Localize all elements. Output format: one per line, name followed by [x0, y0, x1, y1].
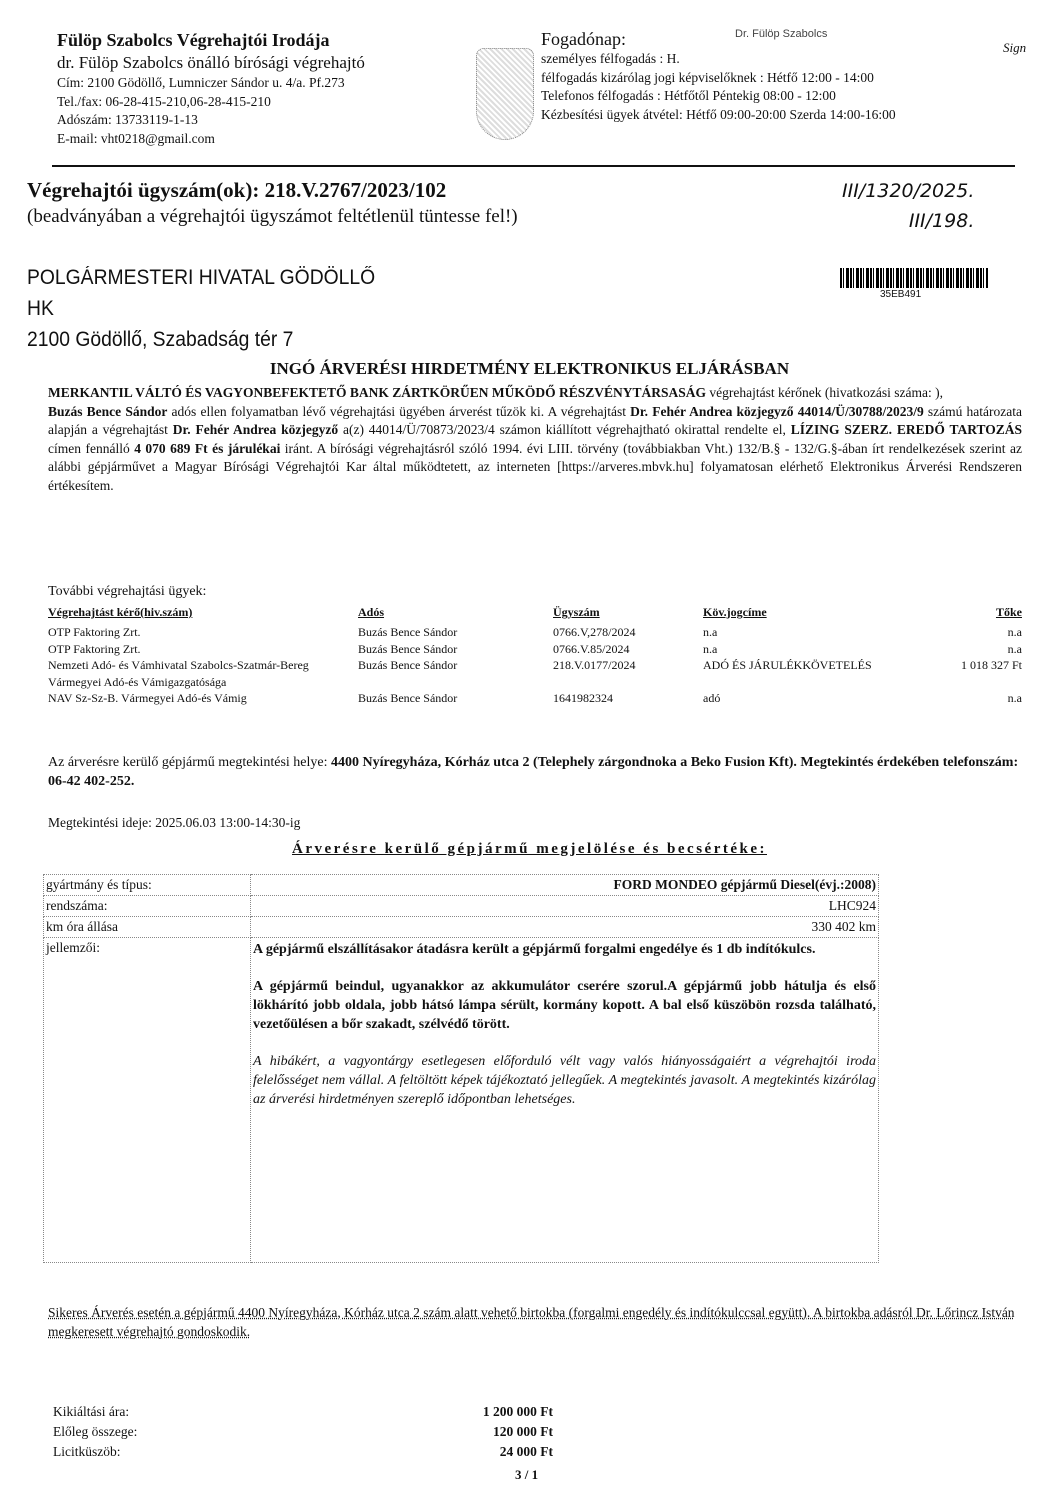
- intro-text: címen fennálló: [48, 441, 134, 456]
- recipient-name: POLGÁRMESTERI HIVATAL GÖDÖLLŐ: [27, 262, 375, 293]
- cell: 0766.V.85/2024: [553, 641, 703, 658]
- vehicle-type: gépjármű Diesel(évj.:2008): [717, 877, 876, 892]
- price-value: 1 200 000 Ft: [353, 1404, 553, 1424]
- vehicle-plate: LHC924: [251, 896, 879, 917]
- cell: n.a: [703, 641, 903, 658]
- disclaimer-text: A hibákért, a vagyontárgy esetlegesen el…: [253, 1052, 876, 1109]
- table-row: NAV Sz-Sz-B. Vármegyei Adó-és Vámig Buzá…: [48, 690, 1022, 707]
- cell: n.a: [903, 690, 1022, 707]
- coat-of-arms-icon: [476, 48, 534, 140]
- other-cases-table: Végrehajtást kérő(hiv.szám) Adós Ügyszám…: [48, 605, 1022, 707]
- office-header: Fülöp Szabolcs Végrehajtói Irodája dr. F…: [57, 28, 365, 148]
- case-notice: (beadványában a végrehajtói ügyszámot fe…: [27, 204, 518, 230]
- case-number: Végrehajtói ügyszám(ok): 218.V.2767/2023…: [27, 176, 518, 204]
- intro-text: a(z) 44014/Ü/70873/2023/4 számon kiállít…: [338, 422, 791, 437]
- table-row: OTP Faktoring Zrt. Buzás Bence Sándor 07…: [48, 641, 1022, 658]
- reception-line: személyes félfogadás : H.: [541, 50, 896, 69]
- vehicle-features: A gépjármű elszállításakor átadásra kerü…: [251, 938, 879, 1263]
- table-row: km óra állása 330 402 km: [44, 917, 879, 938]
- column-header: Tőke: [903, 605, 1022, 624]
- notary-name: Dr. Fehér Andrea közjegyző: [173, 422, 338, 437]
- reception-line: félfogadás kizárólag jogi képviselőknek …: [541, 69, 896, 88]
- office-name: Fülöp Szabolcs Végrehajtói Irodája: [57, 28, 365, 52]
- viewing-time: Megtekintési ideje: 2025.06.03 13:00-14:…: [48, 815, 300, 831]
- price-label: Kikiáltási ára:: [53, 1404, 353, 1424]
- cell: 1 018 327 Ft: [903, 657, 1022, 690]
- reception-line: Kézbesítési ügyek átvétel: Hétfő 09:00-2…: [541, 106, 896, 125]
- vehicle-label: km óra állása: [44, 917, 251, 938]
- column-header: Ügyszám: [553, 605, 703, 624]
- price-row: Előleg összege:120 000 Ft: [53, 1424, 553, 1444]
- vehicle-label: gyártmány és típus:: [44, 875, 251, 896]
- cell: OTP Faktoring Zrt.: [48, 624, 358, 641]
- table-row: Nemzeti Adó- és Vámhivatal Szabolcs-Szat…: [48, 657, 1022, 690]
- cell: n.a: [903, 624, 1022, 641]
- cell: Buzás Bence Sándor: [358, 690, 553, 707]
- barcode-label: 35EB491: [880, 289, 921, 300]
- vehicle-mileage: 330 402 km: [251, 917, 879, 938]
- document-title: INGÓ ÁRVERÉSI HIRDETMÉNY ELEKTRONIKUS EL…: [0, 359, 1059, 379]
- vehicle-make: FORD MONDEO: [614, 877, 718, 892]
- column-header: Végrehajtást kérő(hiv.szám): [48, 605, 358, 624]
- reception-line: Telefonos félfogadás : Hétfőtől Péntekig…: [541, 87, 896, 106]
- cell: adó: [703, 690, 903, 707]
- stamp-name: Dr. Fülöp Szabolcs: [735, 28, 827, 40]
- column-header: Adós: [358, 605, 553, 624]
- column-header: Köv.jogcíme: [703, 605, 903, 624]
- signature: Sign: [1003, 40, 1026, 56]
- cell: n.a: [903, 641, 1022, 658]
- table-row: OTP Faktoring Zrt. Buzás Bence Sándor 07…: [48, 624, 1022, 641]
- success-note: Sikeres Árverés esetén a gépjármű 4400 N…: [48, 1303, 1022, 1341]
- feature-text: A gépjármű beindul, ugyanakkor az akkumu…: [253, 977, 876, 1034]
- handwritten-registry: III/1320/2025. III/198.: [842, 176, 974, 236]
- cell: 0766.V,278/2024: [553, 624, 703, 641]
- cell: 218.V.0177/2024: [553, 657, 703, 690]
- price-label: Előleg összege:: [53, 1424, 353, 1444]
- recipient-street: 2100 Gödöllő, Szabadság tér 7: [27, 324, 375, 355]
- table-row: jellemzői: A gépjármű elszállításakor át…: [44, 938, 879, 1263]
- intro-text: adós ellen folyamatban lévő végrehajtási…: [167, 404, 630, 419]
- cell: Buzás Bence Sándor: [358, 641, 553, 658]
- recipient-address: POLGÁRMESTERI HIVATAL GÖDÖLLŐ HK 2100 Gö…: [27, 262, 375, 355]
- vehicle-section-title: Árverésre kerülő gépjármű megjelölése és…: [0, 841, 1059, 858]
- creditor-name: MERKANTIL VÁLTÓ ÉS VAGYONBEFEKTETŐ BANK …: [48, 385, 706, 400]
- cell: Buzás Bence Sándor: [358, 624, 553, 641]
- price-value: 120 000 Ft: [353, 1424, 553, 1444]
- vehicle-label: jellemzői:: [44, 938, 251, 1263]
- office-tax-number: Adószám: 13733119-1-13: [57, 111, 365, 130]
- cell: n.a: [703, 624, 903, 641]
- header-divider: [52, 165, 1015, 167]
- cell: ADÓ ÉS JÁRULÉKKÖVETELÉS: [703, 657, 903, 690]
- claim-title: LÍZING SZERZ. EREDŐ TARTOZÁS: [791, 422, 1022, 437]
- recipient-dept: HK: [27, 293, 375, 324]
- price-row: Kikiáltási ára:1 200 000 Ft: [53, 1404, 553, 1424]
- barcode-icon: [840, 268, 988, 288]
- cell: OTP Faktoring Zrt.: [48, 641, 358, 658]
- handwritten-number: III/198.: [842, 206, 974, 236]
- price-value: 24 000 Ft: [353, 1444, 553, 1464]
- other-cases-title: További végrehajtási ügyek:: [48, 584, 206, 600]
- intro-paragraph: MERKANTIL VÁLTÓ ÉS VAGYONBEFEKTETŐ BANK …: [48, 384, 1022, 495]
- viewing-place-label: Az árverésre kerülő gépjármű megtekintés…: [48, 755, 331, 770]
- office-phone: Tel./fax: 06-28-415-210,06-28-415-210: [57, 93, 365, 112]
- notary-reference: Dr. Fehér Andrea közjegyző 44014/Ü/30788…: [630, 404, 924, 419]
- case-block: Végrehajtói ügyszám(ok): 218.V.2767/2023…: [27, 176, 518, 230]
- feature-text: A gépjármű elszállításakor átadásra kerü…: [253, 940, 876, 959]
- cell: Buzás Bence Sándor: [358, 657, 553, 690]
- reception-hours: Fogadónap: személyes félfogadás : H. fél…: [541, 28, 896, 124]
- vehicle-label: rendszáma:: [44, 896, 251, 917]
- cell: Nemzeti Adó- és Vámhivatal Szabolcs-Szat…: [48, 657, 358, 690]
- office-email: E-mail: vht0218@gmail.com: [57, 130, 365, 149]
- claim-amount: 4 070 689 Ft és járulékai: [134, 441, 280, 456]
- price-label: Licitküszöb:: [53, 1444, 353, 1464]
- cell: NAV Sz-Sz-B. Vármegyei Adó-és Vámig: [48, 690, 358, 707]
- table-row: gyártmány és típus: FORD MONDEO gépjármű…: [44, 875, 879, 896]
- cell: 1641982324: [553, 690, 703, 707]
- debtor-name: Buzás Bence Sándor: [48, 404, 167, 419]
- table-row: rendszáma: LHC924: [44, 896, 879, 917]
- page-number: 3 / 1: [515, 1467, 538, 1483]
- intro-text: végrehajtást kérőnek (hivatkozási száma:…: [706, 385, 943, 400]
- handwritten-number: III/1320/2025.: [842, 176, 974, 206]
- price-row: Licitküszöb:24 000 Ft: [53, 1444, 553, 1464]
- officer-name: dr. Fülöp Szabolcs önálló bírósági végre…: [57, 52, 365, 74]
- price-list: Kikiáltási ára:1 200 000 Ft Előleg össze…: [53, 1404, 553, 1464]
- viewing-place: Az árverésre kerülő gépjármű megtekintés…: [48, 753, 1022, 791]
- office-address: Cím: 2100 Gödöllő, Lumniczer Sándor u. 4…: [57, 74, 365, 93]
- vehicle-table: gyártmány és típus: FORD MONDEO gépjármű…: [43, 874, 879, 1263]
- reception-title: Fogadónap:: [541, 28, 896, 50]
